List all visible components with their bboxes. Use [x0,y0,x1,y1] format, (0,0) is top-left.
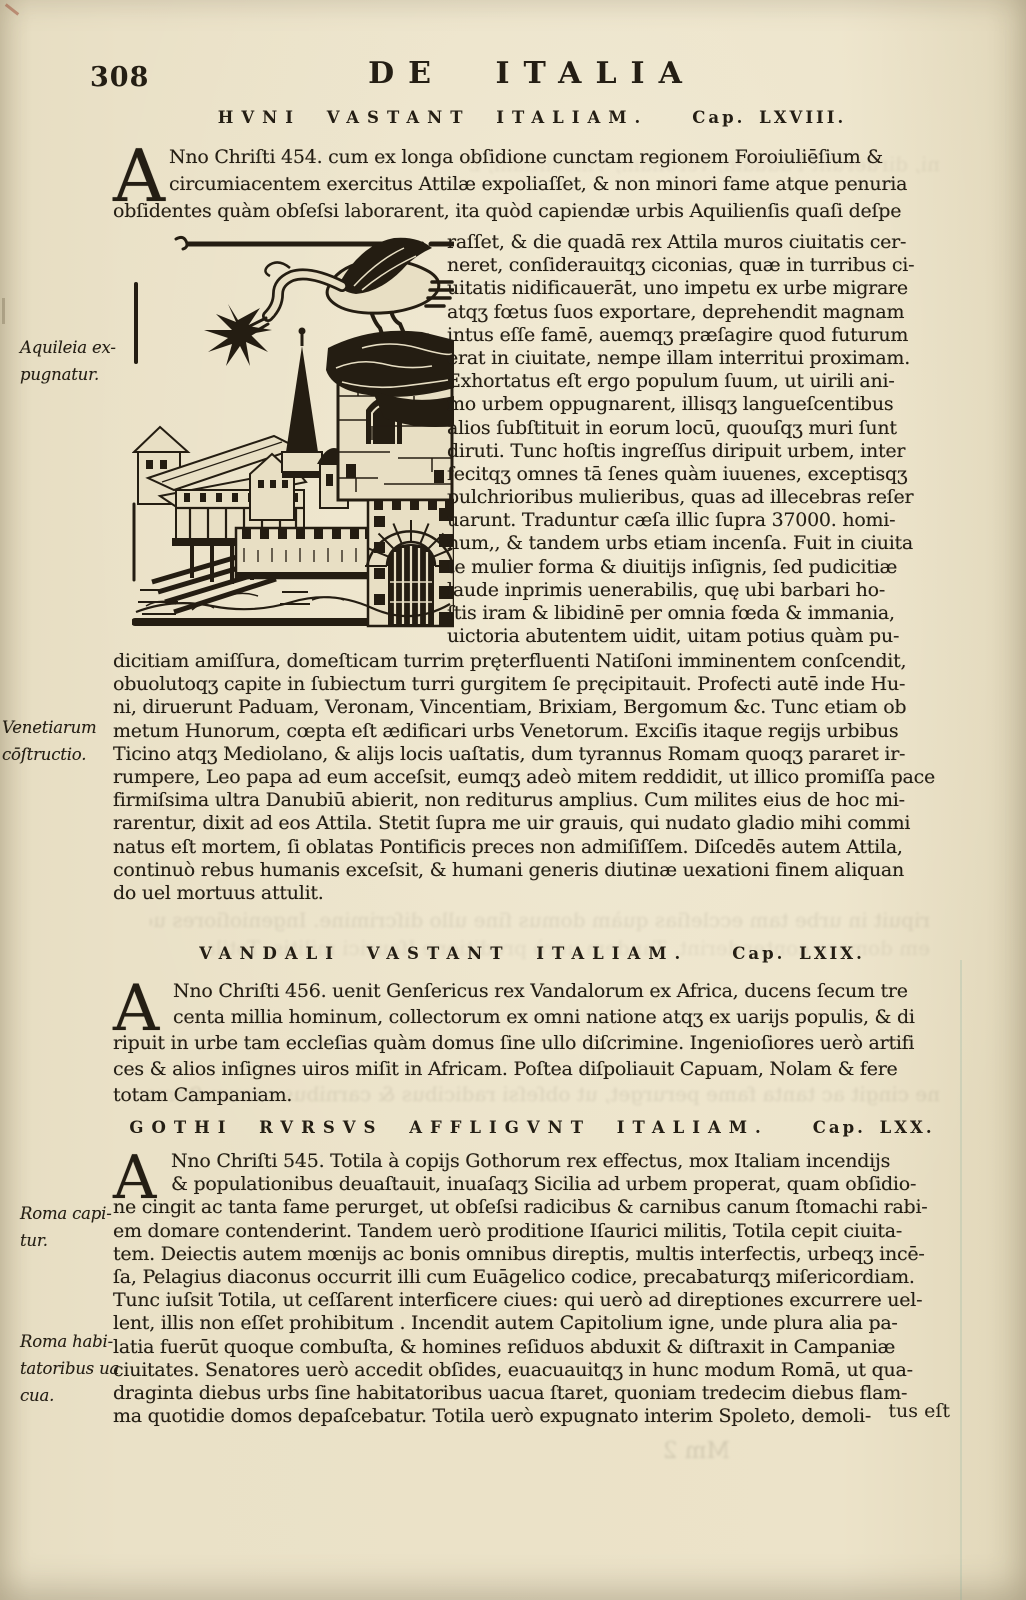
text-line: Nno Chriſti 454. cum ex longa obſidione … [113,144,958,171]
text-line: Nno Chriſti 545. Totila à copijs Gothoru… [113,1150,958,1173]
paragraph-huni-continued: dicitiam amiſſura, domeſticam turrim prę… [113,650,958,905]
text-line: uictoria abutentem uidit, uitam potius q… [447,625,949,648]
text-line: num,, & tandem urbs etiam incenſa. Fuit … [447,532,949,555]
text-line: firmiſsima ultra Danubiū abierit, non re… [113,789,958,812]
chapter-title: GOTHI RVRSVS AFFLIGVNT ITALIAM. [129,1118,768,1137]
city-gate [365,500,454,626]
chapter-heading-gothi: GOTHI RVRSVS AFFLIGVNT ITALIAM. Cap. LXX… [113,1118,951,1137]
text-line: Exhortatus eſt ergo populum ſuum, ut uir… [447,370,949,393]
text-line: Ticino atqʒ Mediolano, & alijs locis uaſ… [113,743,958,766]
text-line: rarentur, dixit ad eos Attila. Stetit ſu… [113,812,958,835]
city-wall [236,528,372,579]
text-line: ſtis iram & libidinē per omnia fœda & im… [447,602,949,625]
text-line: totam Campaniam. [113,1082,958,1108]
text-line: latia fuerūt quoque combuſta, & homines … [113,1336,958,1359]
show-through-text: ripuit in urbe tam eccleſias quàm domus … [150,908,930,932]
text-line: Nno Chriſti 456. uenit Genſericus rex Va… [113,978,958,1004]
text-line: do uel mortuus attulit. [113,882,958,905]
text-line: neret, conſiderauitqʒ ciconias, quæ in t… [447,254,949,277]
text-line: atqʒ fœtus ſuos exportare, deprehendit m… [447,301,949,324]
text-line: fecitqʒ omnes tā ſenes quàm iuuenes, exc… [447,463,949,486]
text-line: Venetiarum [2,714,124,741]
text-line: em domare contenderint. Tandem uerò prod… [113,1220,958,1243]
text-line: Tunc iuſsit Totila, ut ceſſarent interfi… [113,1289,958,1312]
drop-cap: A [113,981,159,1037]
text-line: ni, diruerunt Paduam, Veronam, Vincentia… [113,696,958,719]
text-line: obuolutoqʒ capite in ſubiectum turri gur… [113,673,958,696]
text-line: laude inprimis uenerabilis, quę ubi barb… [447,579,949,602]
text-line: metum Hunorum, cœpta eſt ædificari urbs … [113,720,958,743]
text-line: lent, illis non eſſet prohibitum . Incen… [113,1312,958,1335]
text-line: natus eſt mortem, ſi oblatas Pontificis … [113,836,958,859]
paragraph-vandali: A Nno Chriſti 456. uenit Genſericus rex … [113,978,958,1108]
chapter-number: Cap. LXVIII. [692,108,846,127]
book-page: ni, diruerunt Paduam, Veronam, Vincentia… [0,0,1026,1600]
paragraph-huni-beside-woodcut: raſſet, & die quadā rex Attila muros ciu… [447,231,949,648]
text-line: circumiacentem exercitus Attilæ expoliaſ… [113,171,958,198]
text-line: intus eſſe famē, auemqʒ præſagire quod f… [447,324,949,347]
text-line: draginta diebus urbs ſine habitatoribus … [113,1382,958,1405]
running-title: DE ITALIA [113,56,951,91]
text-line: mo urbem oppugnarent, illisqʒ langueſcen… [447,393,949,416]
text-line: uitatis nidificauerāt, uno impetu ex urb… [447,277,949,300]
margin-note-venetiarum: Venetiarumcōſtructio. [2,714,124,768]
text-line: raſſet, & die quadā rex Attila muros ciu… [447,231,949,254]
text-line: Aquileia ex- [20,334,142,361]
catchword: tus eſt [888,1400,950,1422]
text-line: erat in ciuitate, nempe illam interritui… [447,347,949,370]
text-line: ces & alios inſignes uiros miſit in Afri… [113,1056,958,1082]
text-line: ripuit in urbe tam eccleſias quàm domus … [113,1030,958,1056]
text-line: uarunt. Traduntur cæſa illic ſupra 37000… [447,509,949,532]
paragraph-gothi: A Nno Chriſti 545. Totila à copijs Gotho… [113,1150,958,1428]
chapter-heading-vandali: VANDALI VASTANT ITALIAM. Cap. LXIX. [113,944,951,963]
text-line: centa millia hominum, collectorum ex omn… [113,1004,958,1030]
show-through-signature: Mm 2 [600,1438,730,1464]
paragraph-huni-intro: A Nno Chriſti 454. cum ex longa obſidion… [113,144,958,226]
text-line: diruti. Tunc hoſtis ingreſſus diripuit u… [447,440,949,463]
text-line: ſa, Pelagius diaconus occurrit illi cum … [113,1266,958,1289]
text-line: pulchrioribus mulieribus, quas ad illece… [447,486,949,509]
woodcut-image [132,230,454,640]
ink-speck [5,3,19,15]
text-line: & populationibus deuaſtauit, inuaſaqʒ Si… [113,1173,958,1196]
aquileia-woodcut [132,230,454,640]
scanner-artifact-line [960,960,962,1600]
text-line: rumpere, Leo papa ad eum acceſsit, eumqʒ… [113,766,958,789]
text-line: continuò rebus humanis exceſsit, & human… [113,859,958,882]
chapter-number: Cap. LXIX. [732,944,865,963]
text-line: ciuitates. Senatores uerò accedit obſide… [113,1359,958,1382]
text-line: te mulier forma & diuitijs inſignis, ſed… [447,556,949,579]
margin-note-aquileia: Aquileia ex-pugnatur. [20,334,142,388]
drop-cap: A [113,1152,156,1205]
text-line: cōſtructio. [2,741,124,768]
drop-cap: A [113,145,165,208]
chapter-title: VANDALI VASTANT ITALIAM. [199,944,688,963]
text-line: pugnatur. [20,361,142,388]
text-line: tem. Deiectis autem mœnijs ac bonis omni… [113,1243,958,1266]
text-line: obſidentes quàm obſeſsi laborarent, ita … [113,198,958,225]
chapter-title: HVNI VASTANT ITALIAM. [218,108,649,127]
chapter-number: Cap. LXX. [813,1118,935,1137]
text-line: ne cingit ac tanta fame perurget, ut obſ… [113,1196,958,1219]
text-line: ma quotidie domos depaſcebatur. Totila u… [113,1405,958,1428]
ink-speck [2,298,5,324]
chapter-heading-huni: HVNI VASTANT ITALIAM. Cap. LXVIII. [113,108,951,127]
text-line: alios ſubſtituit in eorum locū, quouſqʒ … [447,417,949,440]
text-line: dicitiam amiſſura, domeſticam turrim prę… [113,650,958,673]
